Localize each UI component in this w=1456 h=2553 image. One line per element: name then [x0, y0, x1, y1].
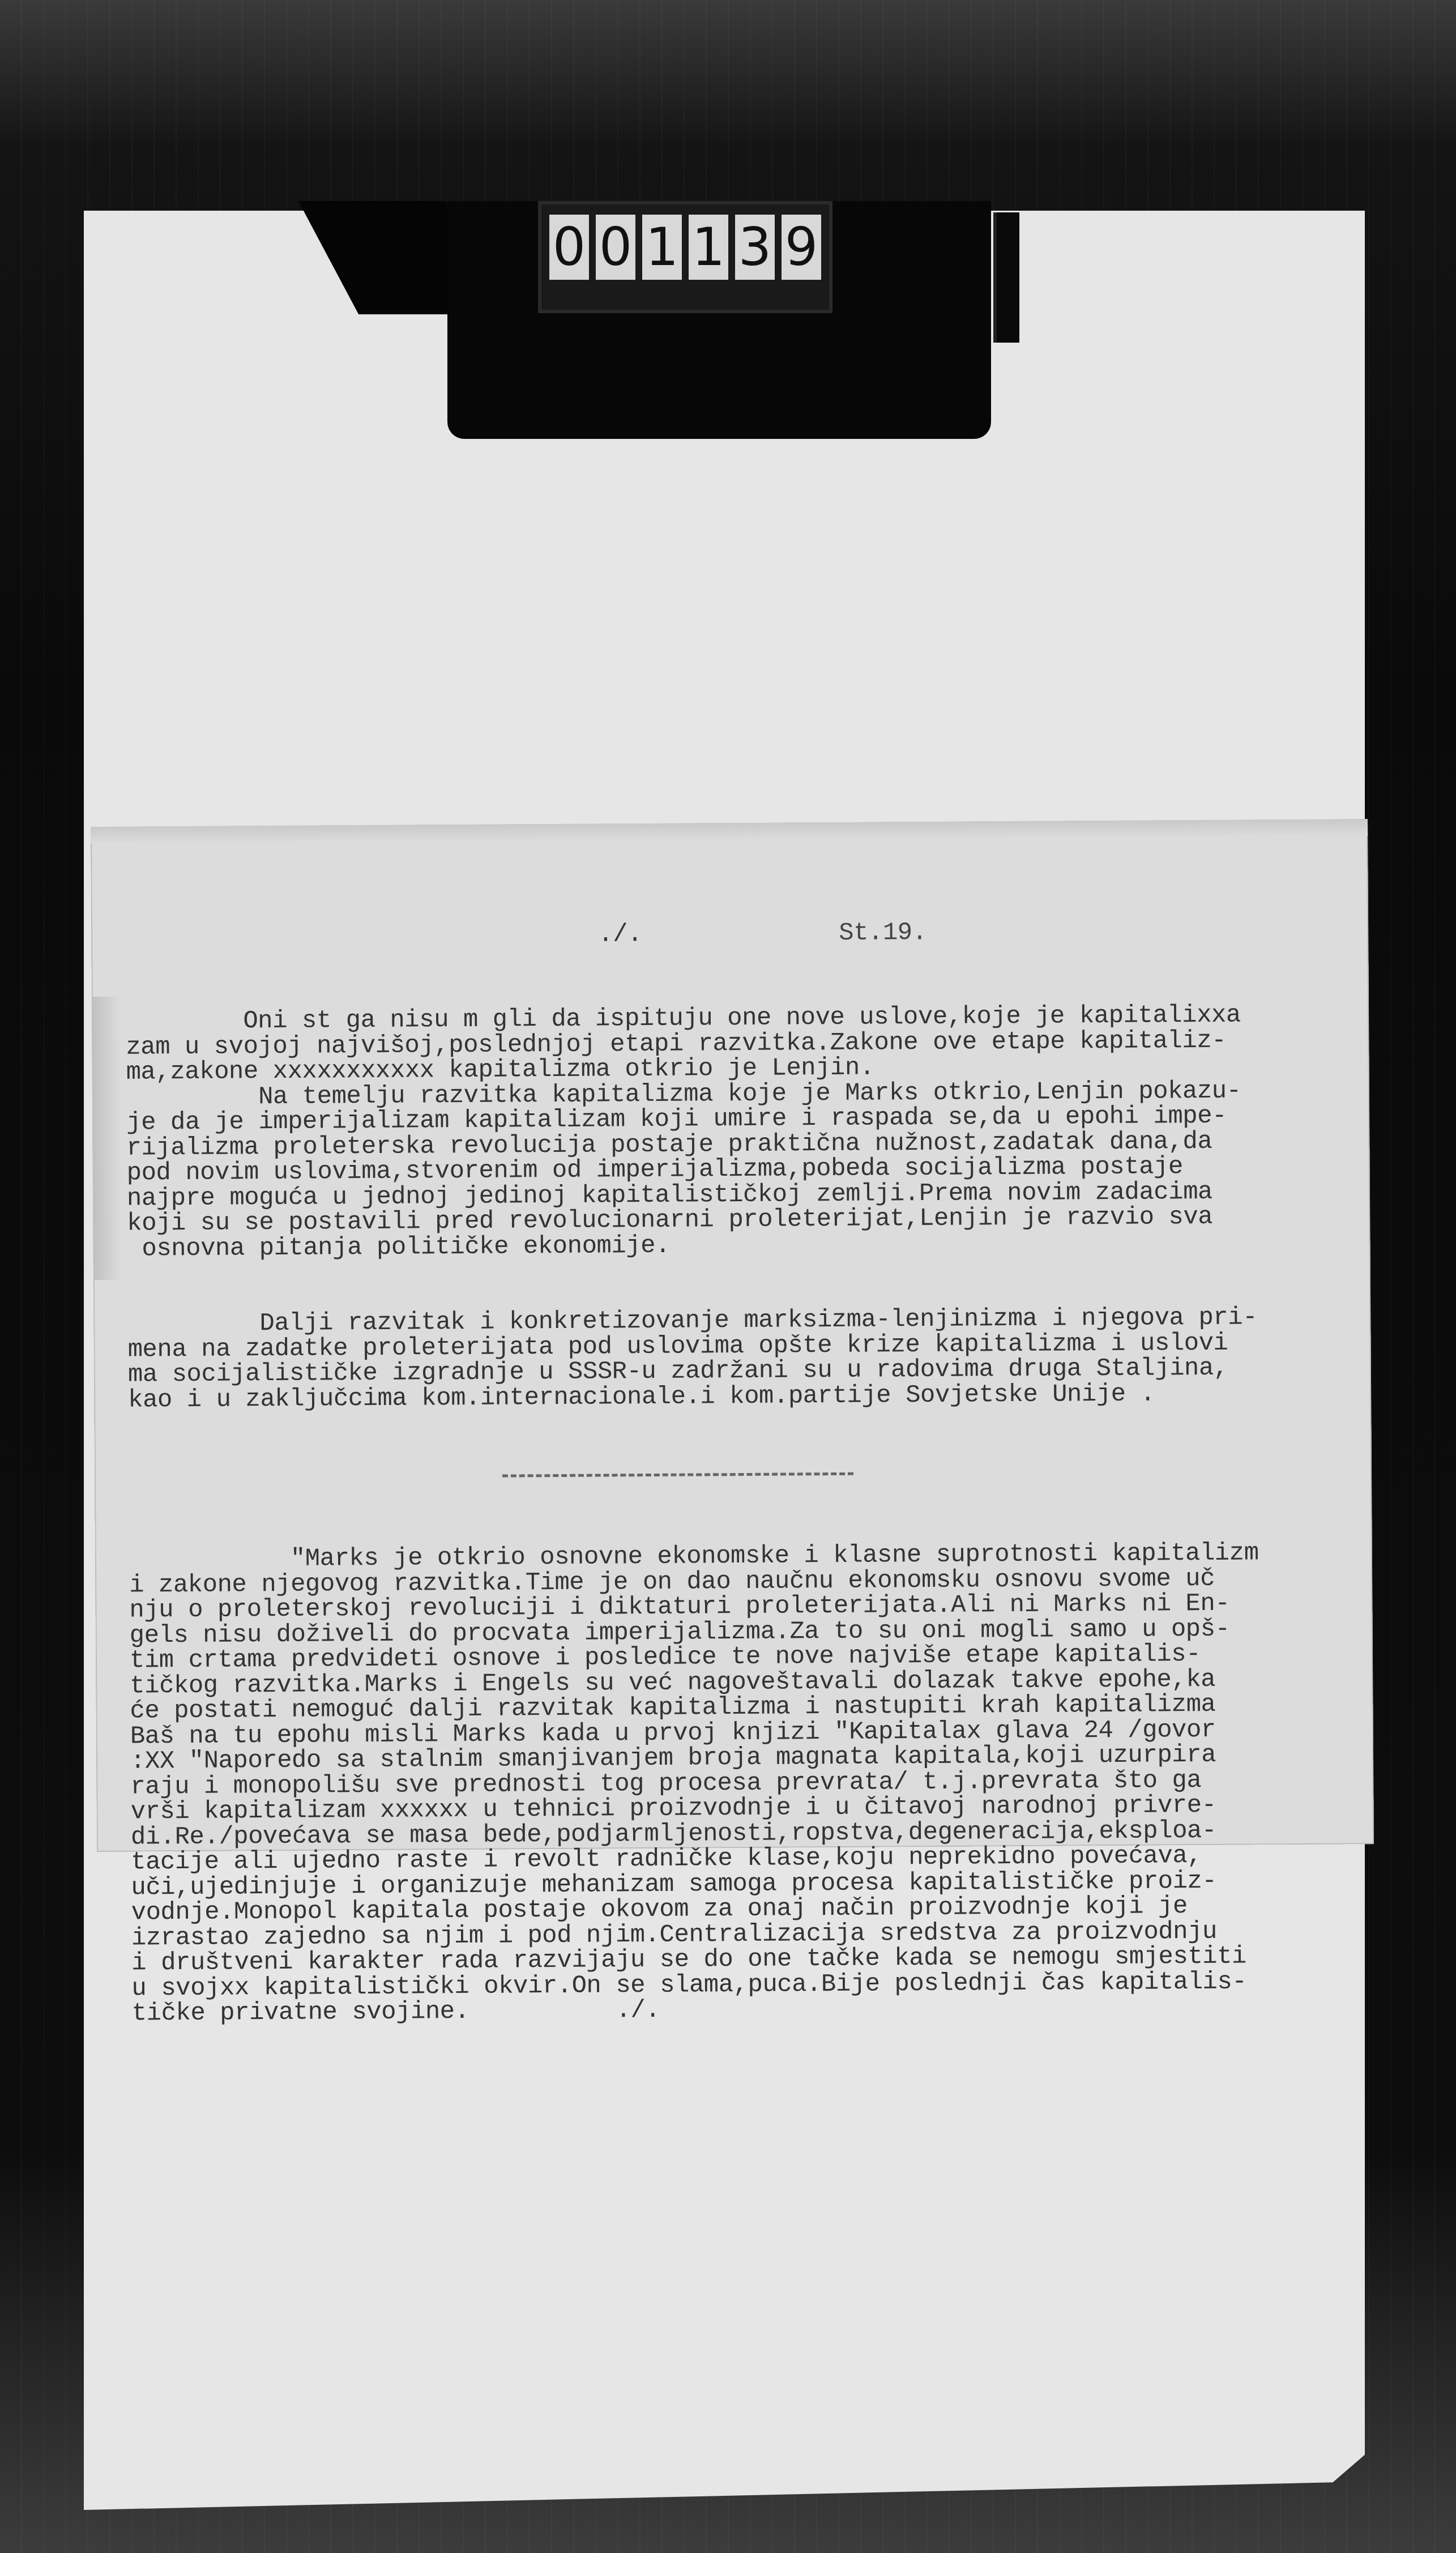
typed-paper-slip: ./. St.19. Oni st ga nisu m gli da ispit… — [91, 819, 1374, 1852]
slip-edge-shadow — [92, 997, 122, 1280]
counter-digits: 0 0 1 1 3 9 — [538, 201, 832, 313]
counter-digit: 3 — [735, 215, 775, 280]
paragraph-marx-lenin: Oni st ga nisu m gli da ispituju one nov… — [126, 1002, 1339, 1262]
counter-digit: 0 — [596, 215, 635, 280]
divider-line — [129, 1456, 1340, 1497]
dashed-rule — [502, 1472, 853, 1478]
frame-counter-device: 0 0 1 1 3 9 — [447, 201, 997, 439]
text-line: koji su se postavili pred revolucionarni… — [127, 1204, 1339, 1237]
text-line: u svojxx kapitalistički okvir.On se slam… — [131, 1969, 1343, 2001]
page-number: St.19. — [839, 920, 927, 946]
counter-digit: 9 — [782, 215, 821, 280]
paragraph-quote-marx: "Marks je otkrio osnovne ekonomske i kla… — [129, 1540, 1344, 2027]
page-continuation-mark: ./. — [598, 922, 642, 947]
page-header: ./. St.19. — [125, 918, 1337, 959]
paragraph-further-development: Dalji razvitak i konkretizovanje marksiz… — [127, 1305, 1340, 1413]
typed-text: ./. St.19. Oni st ga nisu m gli da ispit… — [125, 868, 1344, 2077]
counter-digit: 0 — [549, 215, 589, 280]
text-line: kao i u zaključcima kom.internacionale.i… — [128, 1380, 1340, 1413]
counter-digit: 1 — [642, 215, 682, 280]
counter-lever — [993, 212, 1019, 343]
counter-digit: 1 — [689, 215, 728, 280]
